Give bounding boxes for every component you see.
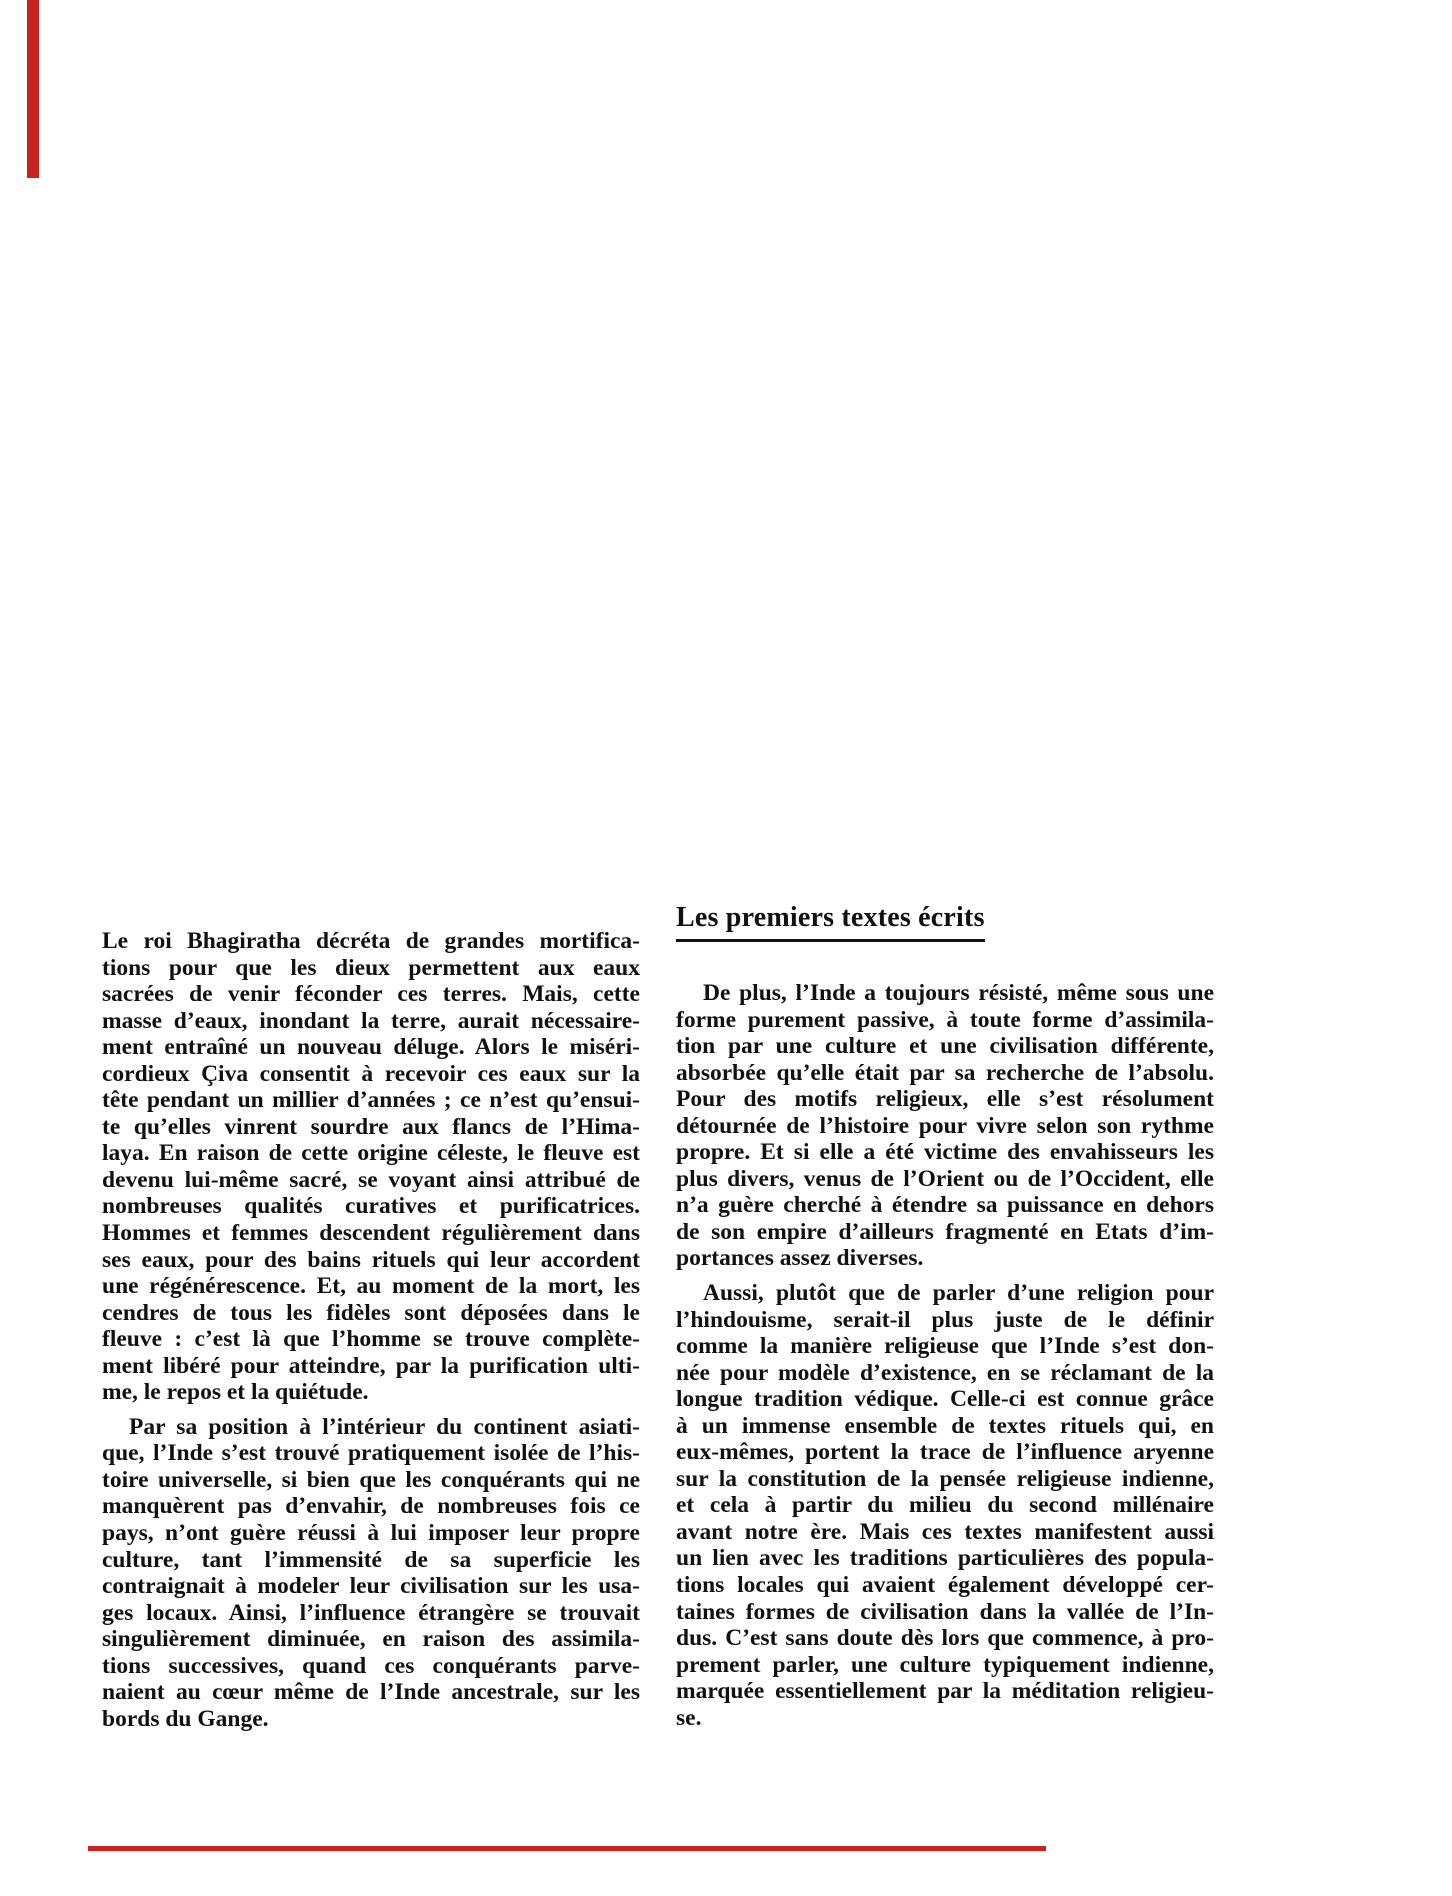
paragraph: Par sa position à l’intérieur du contine…	[102, 1414, 640, 1733]
text-line: portances assez diverses.	[676, 1245, 1214, 1272]
text-line: Par sa position à l’intérieur du contine…	[102, 1414, 640, 1441]
right-text-column: Les premiers textes écrits De plus, l’In…	[676, 902, 1214, 1731]
text-line: naient au cœur même de l’Inde ancestrale…	[102, 1679, 640, 1706]
text-line: marquée essentiellement par la méditatio…	[676, 1678, 1214, 1705]
text-line: devenu lui-même sacré, se voyant ainsi a…	[102, 1167, 640, 1194]
text-line: propre. Et si elle a été victime des env…	[676, 1139, 1214, 1166]
text-line: ment entraîné un nouveau déluge. Alors l…	[102, 1034, 640, 1061]
paragraph: Aussi, plutôt que de parler d’une religi…	[676, 1280, 1214, 1731]
text-line: De plus, l’Inde a toujours résisté, même…	[676, 980, 1214, 1007]
text-line: tions pour que les dieux permettent aux …	[102, 955, 640, 982]
text-line: sur la constitution de la pensée religie…	[676, 1466, 1214, 1493]
text-line: prement parler, une culture typiquement …	[676, 1652, 1214, 1679]
text-line: détournée de l’histoire pour vivre selon…	[676, 1113, 1214, 1140]
text-line: manquèrent pas d’envahir, de nombreuses …	[102, 1493, 640, 1520]
text-line: eux-mêmes, portent la trace de l’influen…	[676, 1439, 1214, 1466]
text-line: Pour des motifs religieux, elle s’est ré…	[676, 1086, 1214, 1113]
text-line: tions locales qui avaient également déve…	[676, 1572, 1214, 1599]
scanned-book-page: Le roi Bhagiratha décréta de grandes mor…	[0, 0, 1452, 1896]
text-line: absorbée qu’elle était par sa recherche …	[676, 1060, 1214, 1087]
text-line: fleuve : c’est là que l’homme se trouve …	[102, 1326, 640, 1353]
text-line: ses eaux, pour des bains rituels qui leu…	[102, 1247, 640, 1274]
text-line: dus. C’est sans doute dès lors que comme…	[676, 1625, 1214, 1652]
text-line: cordieux Çiva consentit à recevoir ces e…	[102, 1061, 640, 1088]
text-line: Hommes et femmes descendent régulièremen…	[102, 1220, 640, 1247]
text-line: sacrées de venir féconder ces terres. Ma…	[102, 981, 640, 1008]
text-line: culture, tant l’immensité de sa superfic…	[102, 1547, 640, 1574]
text-line: un lien avec les traditions particulière…	[676, 1545, 1214, 1572]
paragraph: Le roi Bhagiratha décréta de grandes mor…	[102, 928, 640, 1406]
text-line: n’a guère cherché à étendre sa puissance…	[676, 1192, 1214, 1219]
text-line: comme la manière religieuse que l’Inde s…	[676, 1333, 1214, 1360]
section-heading-wrap: Les premiers textes écrits	[676, 902, 1214, 942]
text-line: ges locaux. Ainsi, l’influence étrangère…	[102, 1600, 640, 1627]
text-line: me, le repos et la quiétude.	[102, 1379, 640, 1406]
text-line: ment libéré pour atteindre, par la purif…	[102, 1353, 640, 1380]
text-line: née pour modèle d’existence, en se récla…	[676, 1360, 1214, 1387]
text-line: bords du Gange.	[102, 1706, 640, 1733]
text-line: et cela à partir du milieu du second mil…	[676, 1492, 1214, 1519]
right-column-paragraphs: De plus, l’Inde a toujours résisté, même…	[676, 980, 1214, 1731]
text-line: plus divers, venus de l’Orient ou de l’O…	[676, 1166, 1214, 1193]
text-line: tête pendant un millier d’années ; ce n’…	[102, 1087, 640, 1114]
text-line: l’hindouisme, serait-il plus juste de le…	[676, 1307, 1214, 1334]
text-line: singulièrement diminuée, en raison des a…	[102, 1626, 640, 1653]
text-line: forme purement passive, à toute forme d’…	[676, 1007, 1214, 1034]
text-line: de son empire d’ailleurs fragmenté en Et…	[676, 1219, 1214, 1246]
text-line: nombreuses qualités curatives et purific…	[102, 1193, 640, 1220]
text-line: se.	[676, 1705, 1214, 1732]
text-line: toire universelle, si bien que les conqu…	[102, 1467, 640, 1494]
text-line: taines formes de civilisation dans la va…	[676, 1599, 1214, 1626]
text-line: te qu’elles vinrent sourdre aux flancs d…	[102, 1114, 640, 1141]
text-line: contraignait à modeler leur civilisation…	[102, 1573, 640, 1600]
text-line: que, l’Inde s’est trouvé pratiquement is…	[102, 1440, 640, 1467]
text-line: Le roi Bhagiratha décréta de grandes mor…	[102, 928, 640, 955]
text-line: laya. En raison de cette origine céleste…	[102, 1140, 640, 1167]
text-line: avant notre ère. Mais ces textes manifes…	[676, 1519, 1214, 1546]
left-text-column: Le roi Bhagiratha décréta de grandes mor…	[102, 928, 640, 1732]
text-line: tions successives, quand ces conquérants…	[102, 1653, 640, 1680]
text-line: cendres de tous les fidèles sont déposée…	[102, 1300, 640, 1327]
text-line: à un immense ensemble de textes rituels …	[676, 1413, 1214, 1440]
red-underline-mark-bottom	[88, 1846, 1046, 1851]
text-line: longue tradition védique. Celle-ci est c…	[676, 1386, 1214, 1413]
red-margin-mark-vertical	[27, 0, 39, 178]
text-line: tion par une culture et une civilisation…	[676, 1033, 1214, 1060]
text-line: pays, n’ont guère réussi à lui imposer l…	[102, 1520, 640, 1547]
paragraph: De plus, l’Inde a toujours résisté, même…	[676, 980, 1214, 1272]
text-line: Aussi, plutôt que de parler d’une religi…	[676, 1280, 1214, 1307]
text-line: masse d’eaux, inondant la terre, aurait …	[102, 1008, 640, 1035]
section-heading: Les premiers textes écrits	[676, 902, 985, 942]
text-line: une régénérescence. Et, au moment de la …	[102, 1273, 640, 1300]
